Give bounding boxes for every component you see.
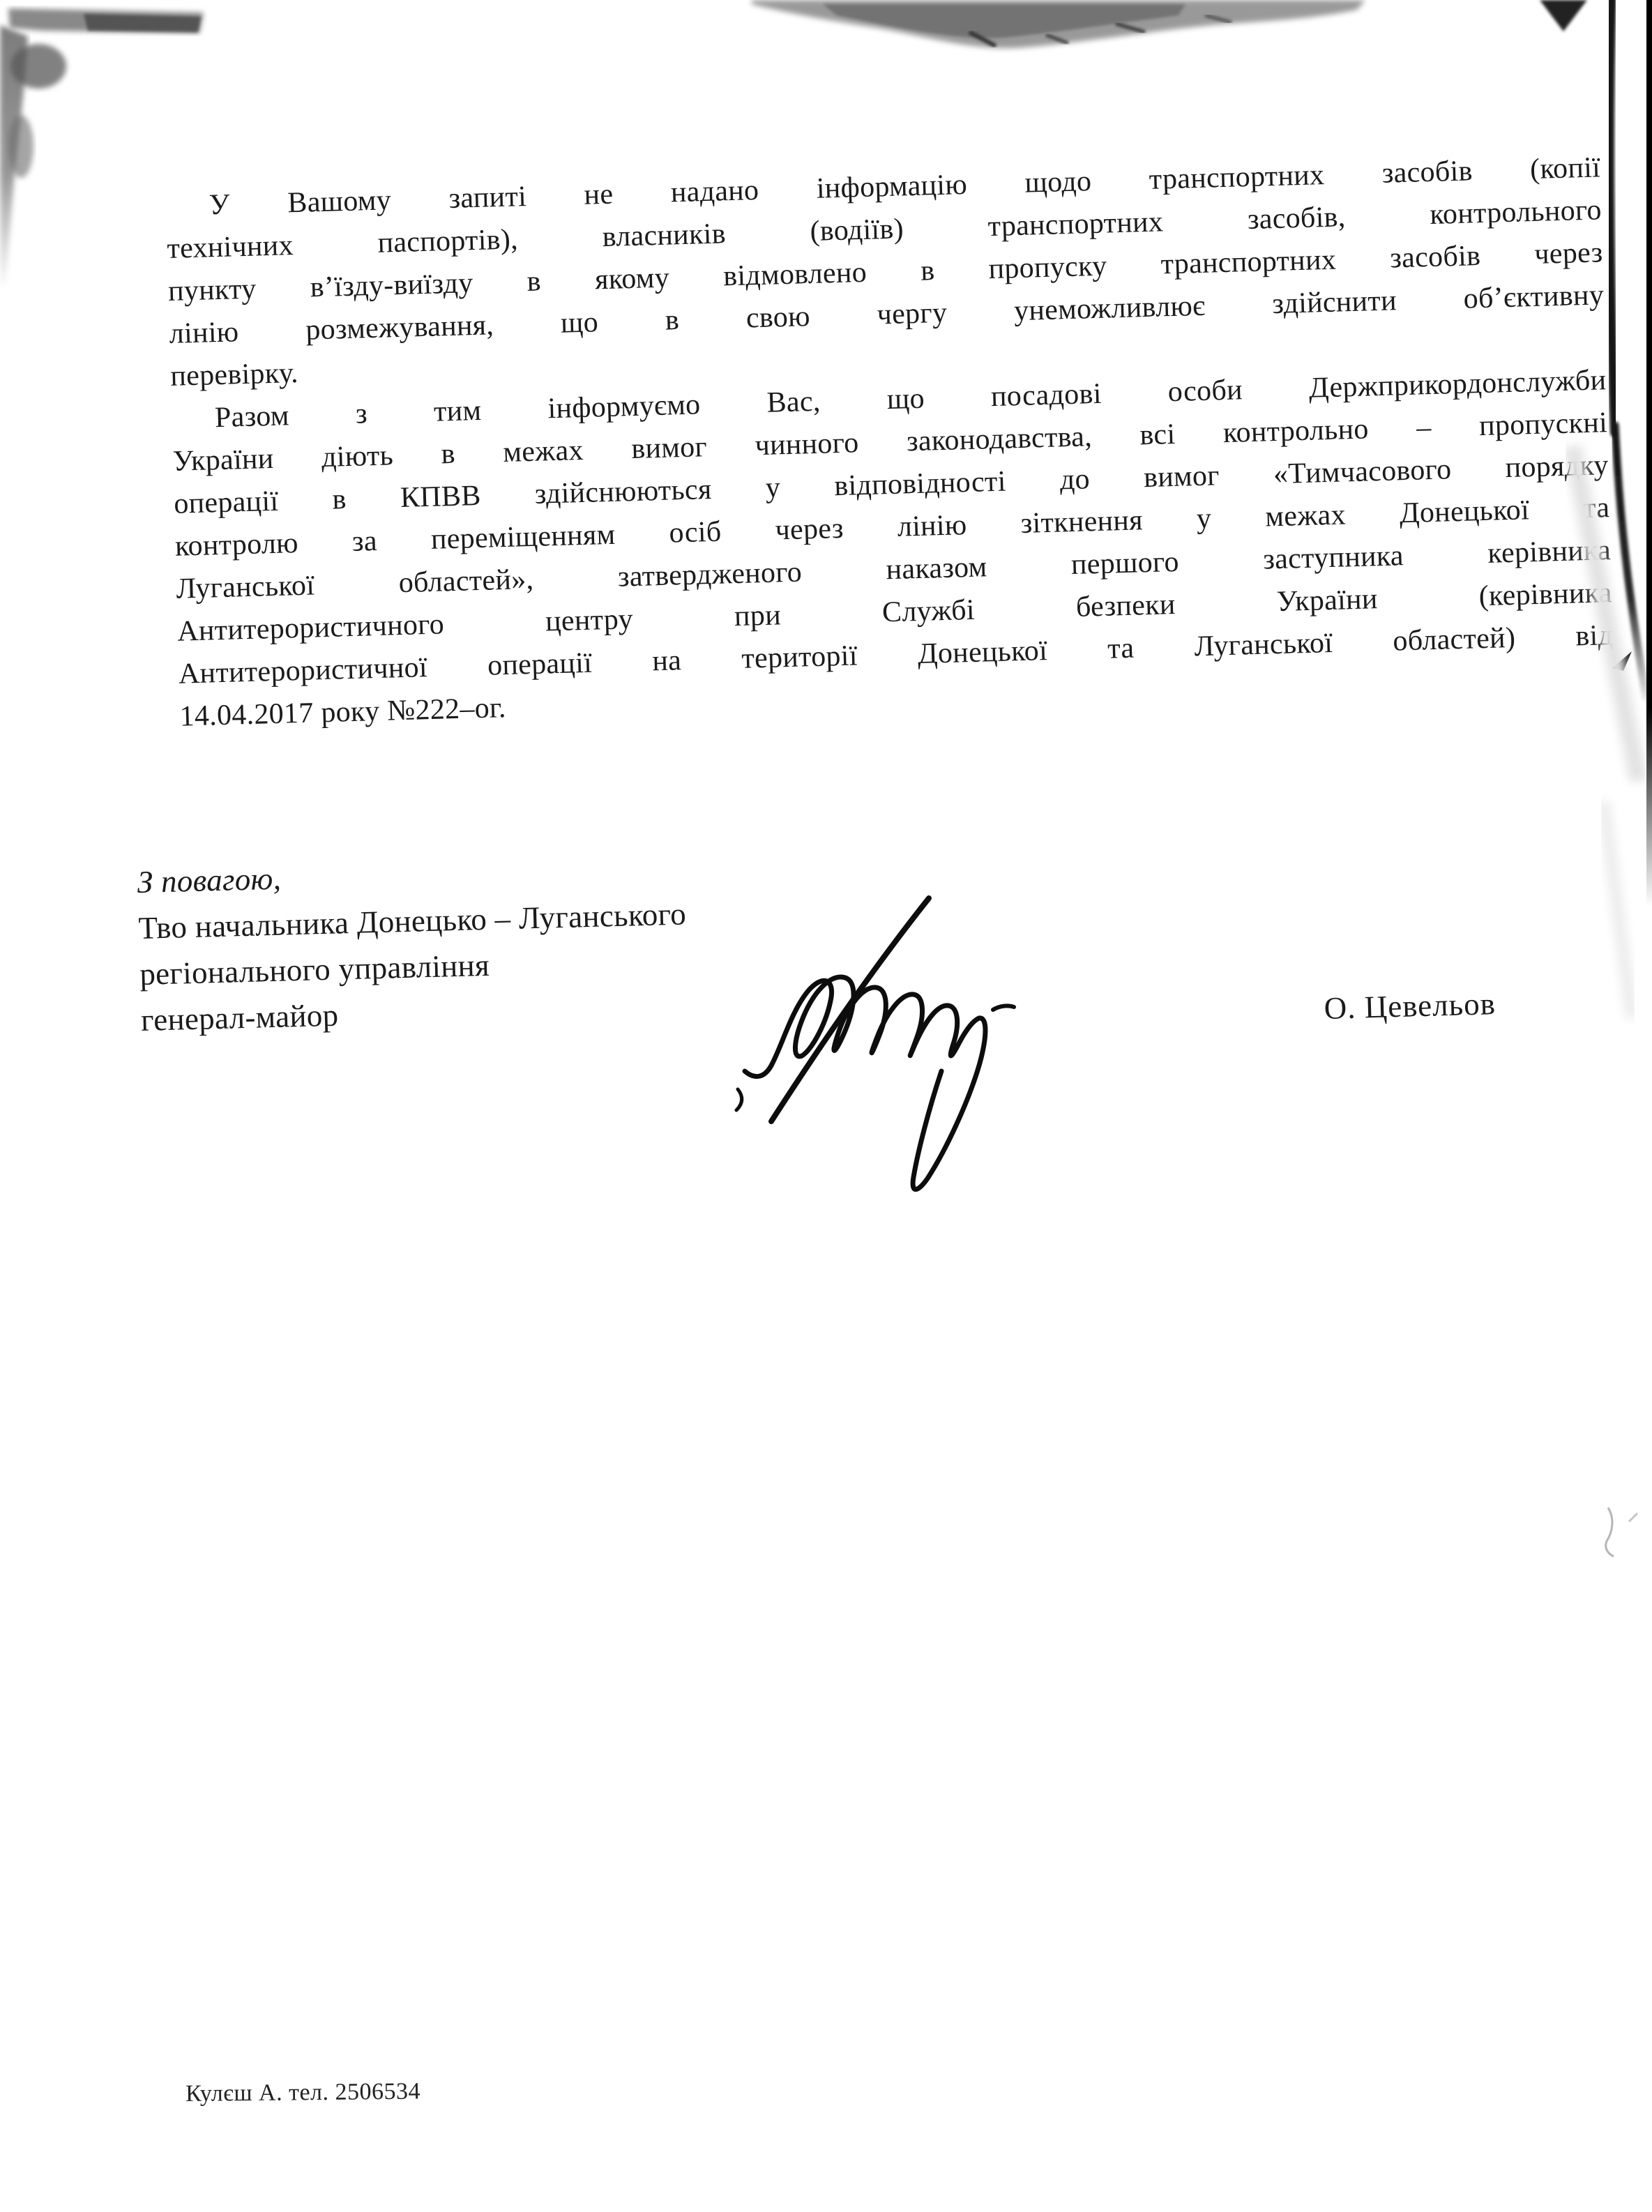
- scan-artifact-top-blob: [752, 0, 1365, 48]
- scan-artifact-arrow-mark: [1612, 651, 1632, 671]
- paragraph-2: Разом з тим інформуємо Вас, що посадові …: [171, 359, 1614, 738]
- scanned-letter-page: У Вашому запиті не надано інформацію щод…: [0, 0, 1652, 2212]
- closing-block: З повагою, Тво начальника Донецько – Луг…: [137, 833, 1117, 1043]
- scan-artifact-top-right-notch: [1540, 0, 1587, 31]
- paragraph-1: У Вашому запиті не надано інформацію щод…: [165, 146, 1605, 398]
- scan-artifact-page-edge: [1646, 0, 1652, 907]
- executor-contact: Кулєш А. тел. 2506534: [185, 2078, 420, 2107]
- scan-artifact-faint-mark: [1606, 1508, 1637, 1556]
- letter-body: У Вашому запиті не надано інформацію щод…: [165, 146, 1615, 738]
- signer-name: О. Цевельов: [1324, 985, 1496, 1027]
